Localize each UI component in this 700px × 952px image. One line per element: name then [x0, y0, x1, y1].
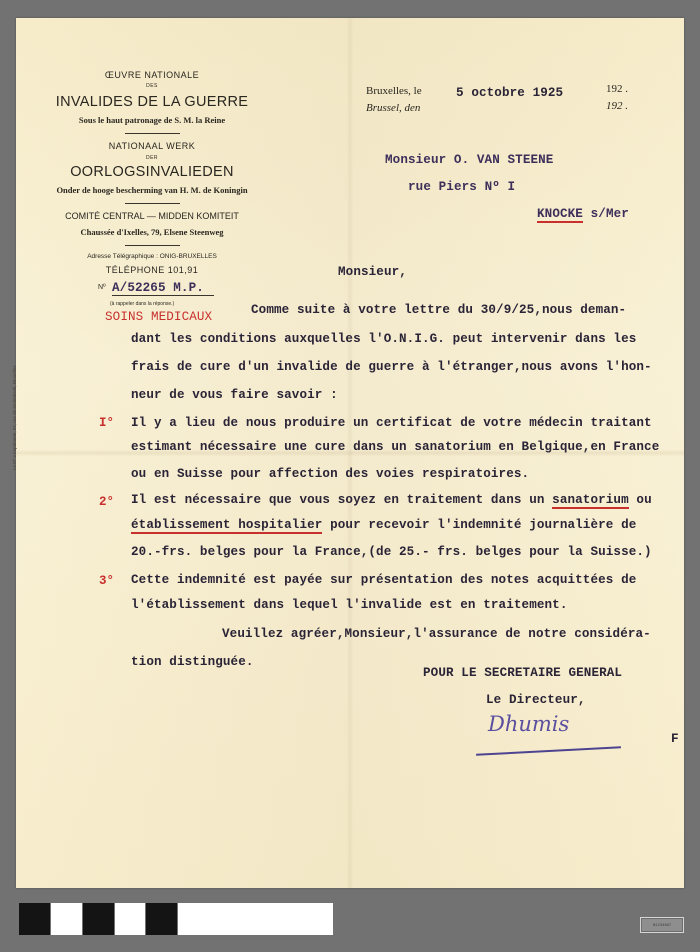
letterhead-telegraph: Adresse Télégraphique : ONIG-BRUXELLES [20, 253, 284, 260]
body-line: Il est nécessaire que vous soyez en trai… [131, 493, 652, 507]
department-stamp: SOINS MEDICAUX [105, 310, 212, 324]
margin-mark: F [671, 732, 679, 746]
letterhead-title-fr: INVALIDES DE LA GUERRE [20, 94, 284, 110]
letterhead-line: DES [20, 83, 284, 89]
underlined-term: sanatorium [552, 493, 629, 509]
letterhead-line: DER [20, 155, 284, 161]
recipient-city-suffix: s/Mer [591, 207, 629, 221]
body-line: Comme suite à votre lettre du 30/9/25,no… [251, 303, 626, 317]
letter-date: 5 octobre 1925 [456, 86, 563, 100]
salutation: Monsieur, [338, 265, 407, 279]
handwritten-parenthesis-text: (de 25.- frs. belges pour la Suisse.) [368, 545, 651, 559]
text-span: ou [629, 493, 652, 507]
text-span: pour recevoir l'indemnité journalière de [322, 518, 636, 532]
divider [125, 133, 180, 134]
scale-segment-black [83, 903, 114, 935]
scale-segment-white [178, 903, 333, 935]
ref-note: (à rappeler dans la réponse.) [110, 301, 174, 307]
date-label-nl: Brussel, den [366, 102, 420, 114]
letterhead-telephone: TÉLÉPHONE 101,91 [20, 265, 284, 275]
closing-line: tion distinguée. [131, 655, 254, 669]
body-line: Cette indemnité est payée sur présentati… [131, 573, 636, 587]
letterhead-line: NATIONAAL WERK [20, 141, 284, 151]
letterhead-title-nl: OORLOGSINVALIEDEN [20, 164, 284, 180]
year-fr: 192 . [606, 83, 628, 95]
body-line: estimant nécessaire une cure dans un san… [131, 440, 659, 454]
scale-segment-black [146, 903, 177, 935]
text-span: Il est nécessaire que vous soyez en trai… [131, 493, 552, 507]
point-number: 3° [99, 574, 114, 588]
scale-segment-black [19, 903, 50, 935]
handwritten-signature: Dhumis [488, 712, 569, 736]
point-number: 2° [99, 495, 114, 509]
scale-segment-white [115, 903, 145, 935]
letterhead-committee: COMITÉ CENTRAL — MIDDEN KOMITEIT [20, 211, 284, 221]
recipient-name: Monsieur O. VAN STEENE [385, 153, 553, 167]
point-number: I° [99, 416, 114, 430]
body-line: Il y a lieu de nous produire un certific… [131, 416, 652, 430]
divider [125, 203, 180, 204]
body-line: ou en Suisse pour affection des voies re… [131, 467, 529, 481]
divider [125, 245, 180, 246]
letterhead-patronage-fr: Sous le haut patronage de S. M. la Reine [20, 115, 284, 125]
body-line: neur de vous faire savoir : [131, 388, 338, 402]
date-label-fr: Bruxelles, le [366, 85, 422, 97]
signature-title: Le Directeur, [486, 693, 586, 707]
body-line: frais de cure d'un invalide de guerre à … [131, 360, 652, 374]
printer-imprint: Le Nº 4 Imprimerie, 97, rue de Molenbeek… [12, 330, 17, 470]
underlined-term: établissement hospitalier [131, 518, 322, 534]
ref-prefix: Nº [98, 284, 106, 291]
body-line: établissement hospitalier pour recevoir … [131, 518, 636, 532]
letterhead-address: Chaussée d'Ixelles, 79, Elsene Steenweg [20, 227, 284, 237]
archive-tag: B1234567 [640, 917, 684, 933]
text-span: 20.-frs. belges pour la France, [131, 545, 368, 559]
reference-number: A/52265 M.P. [112, 281, 214, 296]
closing-line: Veuillez agréer,Monsieur,l'assurance de … [222, 627, 651, 641]
recipient-street: rue Piers Nº I [408, 180, 515, 194]
year-nl: 192 . [606, 100, 628, 112]
recipient-city: KNOCKE [537, 207, 583, 223]
letterhead-line: ŒUVRE NATIONALE [20, 70, 284, 80]
scale-segment-white [51, 903, 82, 935]
letterhead-patronage-nl: Onder de hooge bescherming van H. M. de … [20, 185, 284, 195]
body-line: 20.-frs. belges pour la France,(de 25.- … [131, 545, 652, 559]
signature-for-line: POUR LE SECRETAIRE GENERAL [423, 666, 622, 680]
body-line: dant les conditions auxquelles l'O.N.I.G… [131, 332, 636, 346]
body-line: l'établissement dans lequel l'invalide e… [131, 598, 567, 612]
